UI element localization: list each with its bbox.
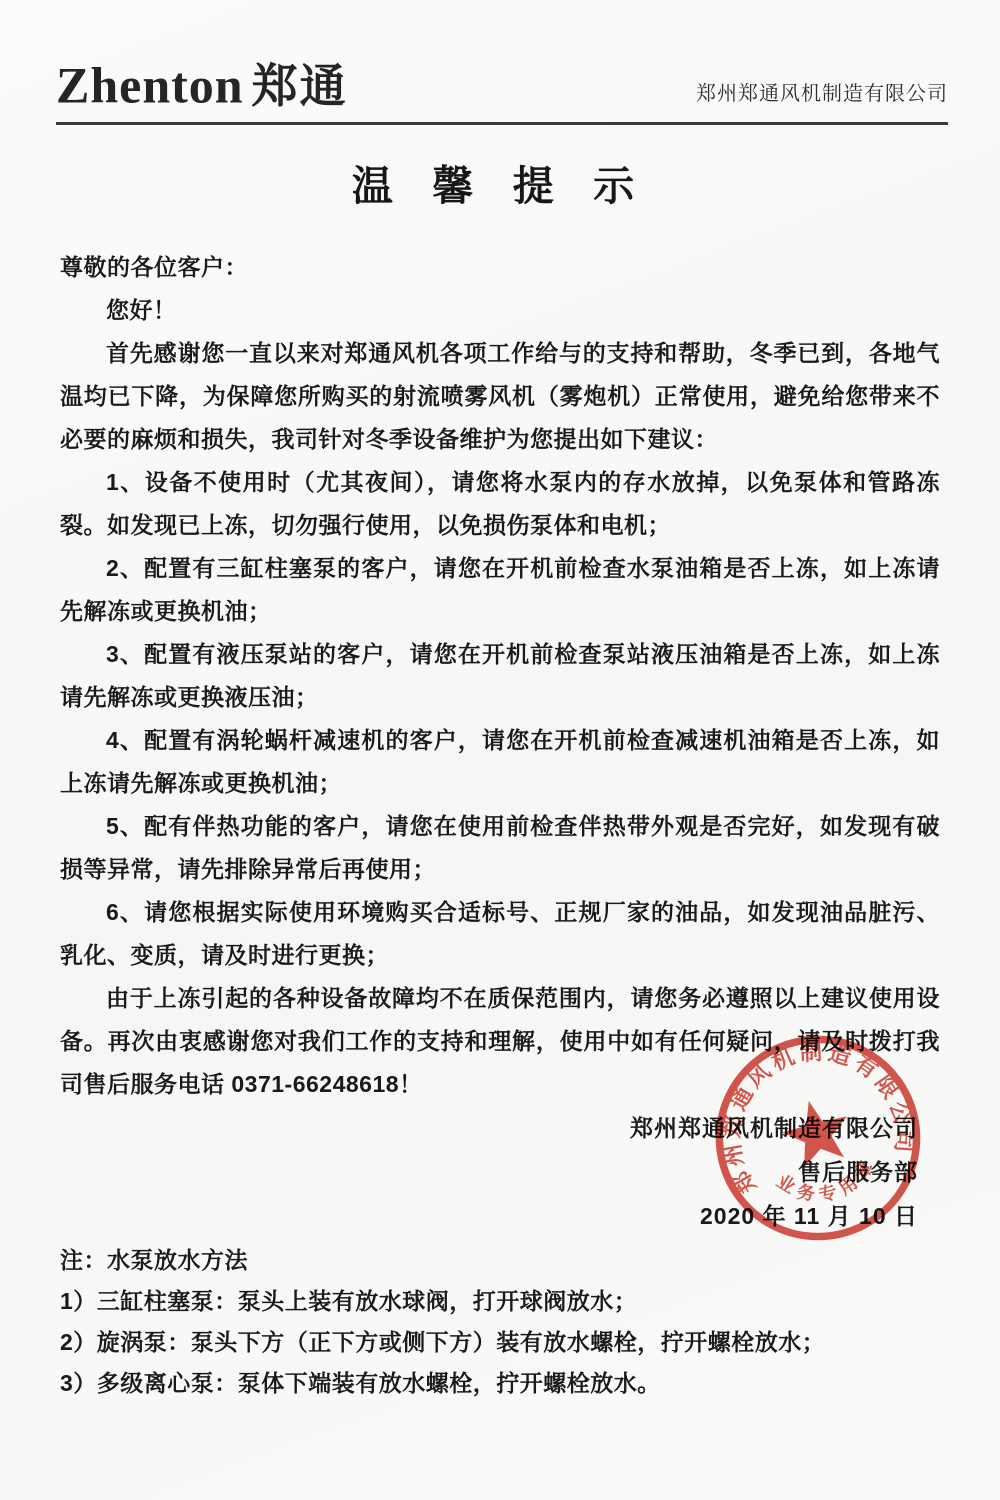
signature-date: 2020 年 11 月 10 日 <box>0 1194 918 1238</box>
signature-company: 郑州郑通风机制造有限公司 <box>0 1106 918 1150</box>
advice-item-4: 4、配置有涡轮蜗杆减速机的客户，请您在开机前检查减速机油箱是否上冻，如上冻请先解… <box>60 719 940 805</box>
signature-department: 售后服务部 <box>0 1150 918 1194</box>
note-item-1: 1）三缸柱塞泵：泵头上装有放水球阀，打开球阀放水； <box>60 1281 940 1322</box>
letterhead: Zhenton 郑通 郑州郑通风机制造有限公司 <box>56 0 948 125</box>
advice-item-3: 3、配置有液压泵站的客户，请您在开机前检查泵站液压油箱是否上冻，如上冻请先解冻或… <box>60 633 940 719</box>
logo-latin-text: Zhenton <box>56 55 244 114</box>
advice-item-1: 1、设备不使用时（尤其夜间），请您将水泵内的存水放掉，以免泵体和管路冻裂。如发现… <box>60 461 940 547</box>
advice-item-6: 6、请您根据实际使用环境购买合适标号、正规厂家的油品，如发现油品脏污、乳化、变质… <box>60 891 940 977</box>
document-title: 温 馨 提 示 <box>0 153 1000 212</box>
signature-block: 郑州郑通风机制造有限公司 售后服务部 2020 年 11 月 10 日 <box>0 1106 940 1238</box>
document-page: Zhenton 郑通 郑州郑通风机制造有限公司 温 馨 提 示 尊敬的各位客户：… <box>0 0 1000 1500</box>
notes-section: 注：水泵放水方法 1）三缸柱塞泵：泵头上装有放水球阀，打开球阀放水； 2）旋涡泵… <box>60 1240 940 1404</box>
intro-paragraph: 首先感谢您一直以来对郑通风机各项工作给与的支持和帮助，冬季已到，各地气温均已下降… <box>60 332 940 461</box>
company-logo: Zhenton 郑通 <box>56 50 348 116</box>
note-item-2: 2）旋涡泵：泵头下方（正下方或侧下方）装有放水螺栓，拧开螺栓放水； <box>60 1322 940 1363</box>
notes-heading: 注：水泵放水方法 <box>60 1240 940 1281</box>
logo-cjk-text: 郑通 <box>252 50 348 116</box>
advice-item-2: 2、配置有三缸柱塞泵的客户，请您在开机前检查水泵油箱是否上冻，如上冻请先解冻或更… <box>60 547 940 633</box>
letterhead-company-name: 郑州郑通风机制造有限公司 <box>696 77 948 116</box>
note-item-3: 3）多级离心泵：泵体下端装有放水螺栓，拧开螺栓放水。 <box>60 1363 940 1404</box>
greeting: 您好！ <box>60 289 940 332</box>
advice-item-5: 5、配有伴热功能的客户，请您在使用前检查伴热带外观是否完好，如发现有破损等异常，… <box>60 805 940 891</box>
closing-paragraph: 由于上冻引起的各种设备故障均不在质保范围内，请您务必遵照以上建议使用设备。再次由… <box>60 977 940 1106</box>
salutation: 尊敬的各位客户： <box>60 246 940 289</box>
letter-body: 尊敬的各位客户： 您好！ 首先感谢您一直以来对郑通风机各项工作给与的支持和帮助，… <box>60 246 940 1106</box>
